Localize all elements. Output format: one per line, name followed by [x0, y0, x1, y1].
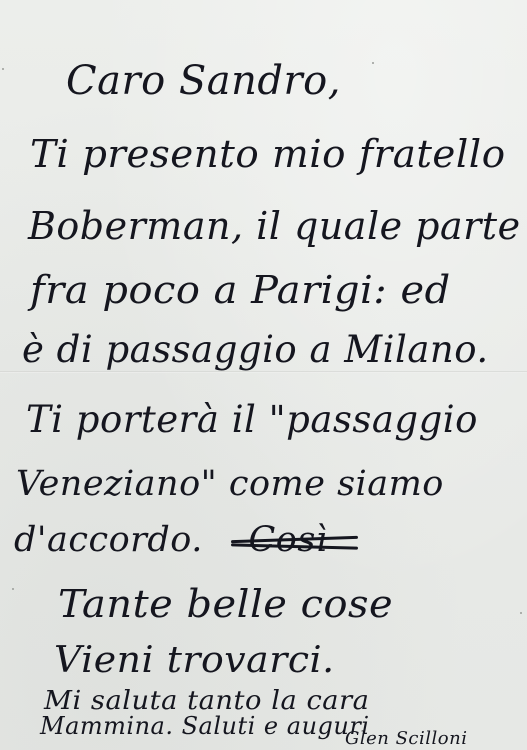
- body-line-4: è di passaggio a Milano.: [22, 328, 489, 371]
- salutation: Caro Sandro,: [66, 58, 341, 104]
- body-line-5: Ti porterà il "passaggio: [26, 398, 478, 441]
- paper-fold-crease: [0, 371, 527, 373]
- body-line-7: d'accordo. Così: [14, 520, 328, 560]
- body-line-6: Veneziano" come siamo: [16, 464, 444, 504]
- struck-out-word: Così: [249, 520, 328, 560]
- body-line-2: Boberman, il quale parte: [28, 204, 521, 248]
- body-line-7-text: d'accordo.: [14, 520, 203, 560]
- letter-sheet: Caro Sandro, Ti presento mio fratello Bo…: [0, 0, 527, 750]
- signature: Glen Scilloni: [345, 728, 467, 749]
- paper-speck: [372, 62, 374, 64]
- closing-line-1: Tante belle cose: [58, 582, 393, 626]
- paper-speck: [520, 612, 522, 614]
- paper-speck: [2, 68, 4, 70]
- body-line-3: fra poco a Parigi: ed: [30, 268, 451, 312]
- closing-line-2: Vieni trovarci.: [54, 640, 335, 681]
- paper-speck: [12, 588, 14, 590]
- closing-line-4: Mammina. Saluti e auguri: [40, 712, 370, 740]
- body-line-1: Ti presento mio fratello: [30, 132, 506, 176]
